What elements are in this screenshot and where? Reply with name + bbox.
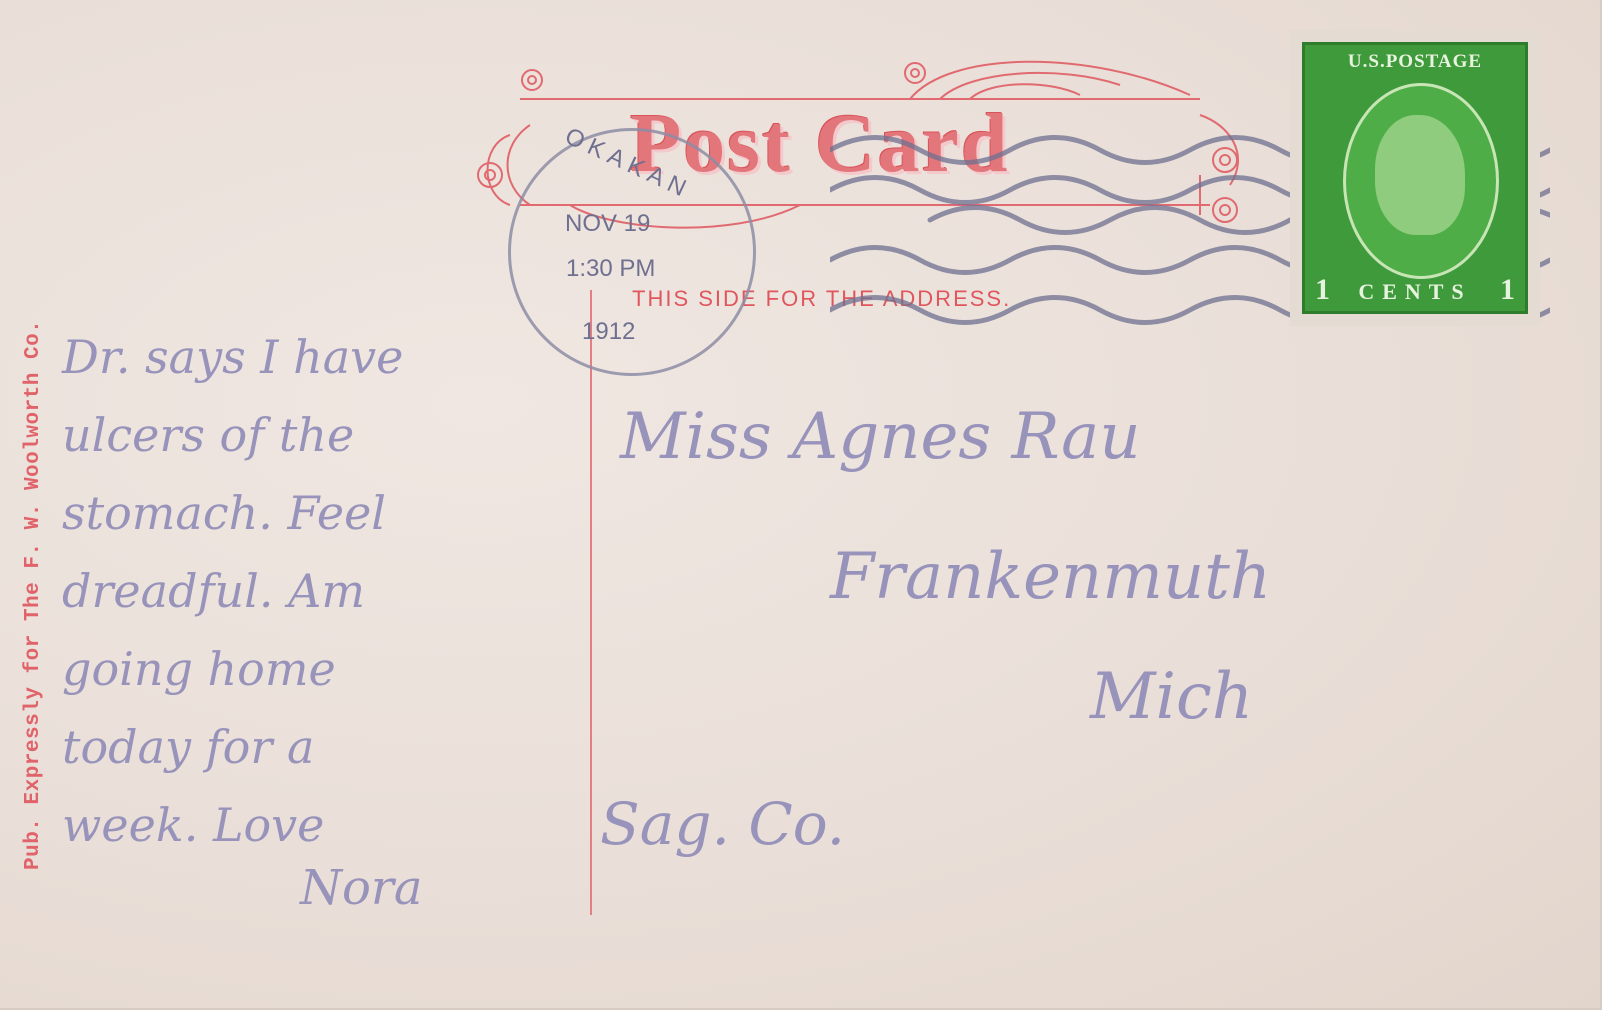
recipient-city: Frankenmuth [830, 540, 1271, 614]
postmark-time: 1:30 PM [566, 255, 655, 283]
message-line: stomach. Feel [62, 474, 403, 552]
recipient-county: Sag. Co. [600, 790, 845, 858]
postmark-year: 1912 [582, 318, 635, 346]
message-line: today for a [62, 708, 403, 786]
postcard-back: Pub. Expressly for The F. W. Woolworth C… [0, 0, 1602, 1010]
recipient-name: Miss Agnes Rau [620, 400, 1141, 474]
message-line: Dr. says I have [62, 318, 403, 396]
publisher-imprint: Pub. Expressly for The F. W. Woolworth C… [22, 320, 45, 870]
message-line: dreadful. Am [62, 552, 403, 630]
signature: Nora [300, 860, 422, 916]
washington-portrait-icon [1375, 115, 1465, 235]
message-line: ulcers of the [62, 396, 403, 474]
recipient-state: Mich [1090, 660, 1253, 734]
stamp-face: U.S.POSTAGE 1 CENTS 1 [1302, 42, 1528, 314]
stamp-top-text: U.S.POSTAGE [1305, 51, 1525, 73]
stamp-denomination-right: 1 [1500, 273, 1515, 307]
message-line: going home [62, 630, 403, 708]
postage-stamp: U.S.POSTAGE 1 CENTS 1 [1290, 30, 1540, 326]
postmark-date: NOV 19 [565, 210, 650, 238]
handwritten-message: Dr. says I have ulcers of the stomach. F… [62, 318, 403, 864]
stamp-bottom-text: CENTS [1305, 279, 1525, 305]
message-address-divider [590, 290, 592, 915]
message-line: week. Love [62, 786, 403, 864]
